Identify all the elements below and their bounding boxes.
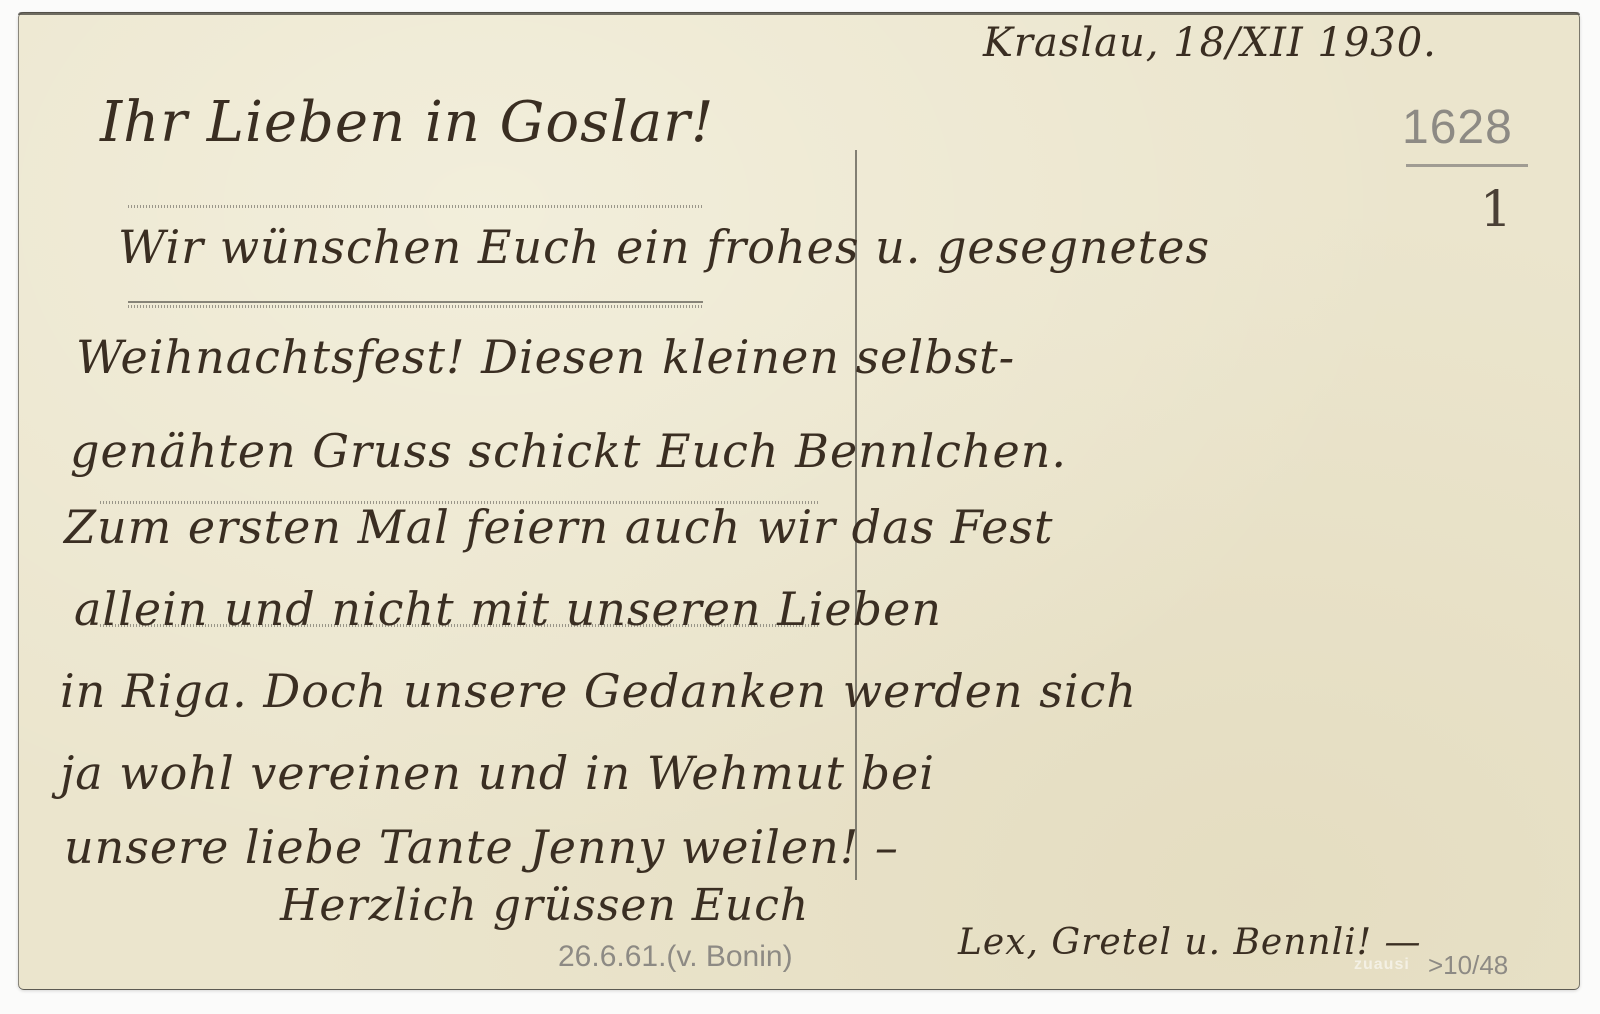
closing: Herzlich grüssen Euch [280, 880, 809, 931]
postcard: Kraslau, 18/XII 1930. 1628 1 Ihr Lieben … [18, 12, 1580, 990]
message-line: unsere liebe Tante Jenny weilen! – [64, 820, 899, 874]
watermark: zuausi [1354, 956, 1410, 974]
archive-number-underline [1406, 164, 1528, 167]
signature: Lex, Gretel u. Bennli! — [958, 922, 1422, 963]
message-line: Weihnachtsfest! Diesen kleinen selbst- [76, 330, 1015, 384]
printed-dotted-line [128, 305, 703, 308]
pencil-note-date: 26.6.61.(v. Bonin) [558, 940, 793, 974]
printed-solid-line [128, 301, 703, 303]
message-line: Wir wünschen Euch ein frohes u. gesegnet… [118, 220, 1210, 274]
place-date: Kraslau, 18/XII 1930. [983, 20, 1437, 66]
message-line: ja wohl vereinen und in Wehmut bei [60, 746, 935, 800]
message-line: genähten Gruss schickt Euch Bennlchen. [70, 424, 1067, 478]
message-line: in Riga. Doch unsere Gedanken werden sic… [60, 664, 1137, 718]
archive-sub-number: 1 [1480, 180, 1513, 238]
pencil-note-corner: >10/48 [1428, 950, 1508, 981]
message-line: Zum ersten Mal feiern auch wir das Fest [64, 500, 1053, 554]
salutation: Ihr Lieben in Goslar! [100, 90, 714, 155]
message-line: allein und nicht mit unseren Lieben [74, 582, 942, 636]
printed-dotted-line [128, 205, 703, 208]
archive-number: 1628 [1402, 100, 1513, 155]
